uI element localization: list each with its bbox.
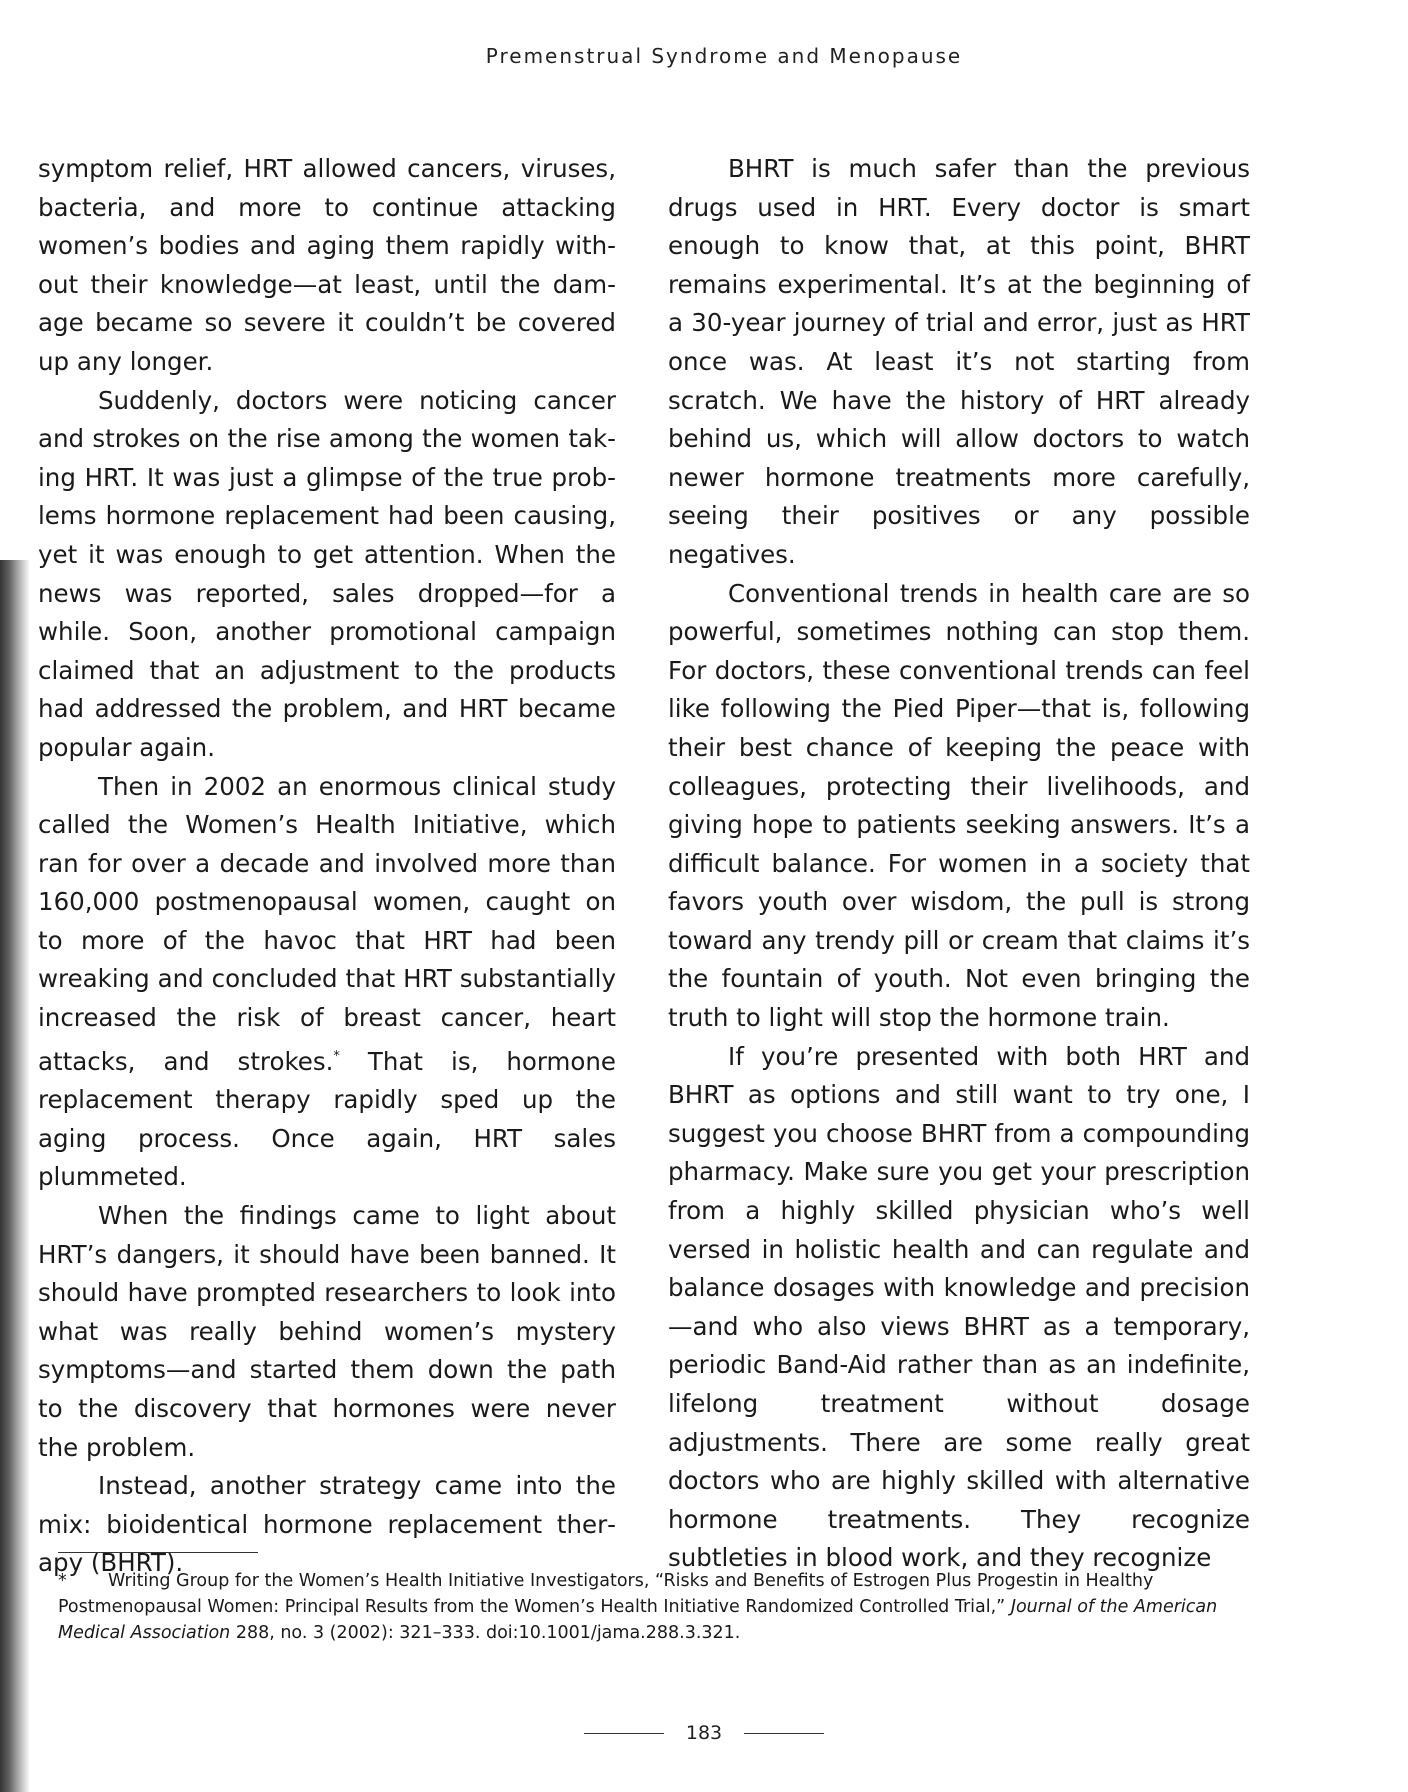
footnote-marker: *: [58, 1568, 108, 1594]
scan-shadow-edge: [0, 560, 30, 1792]
paragraph: symptom relief, HRT allowed cancers, vir…: [38, 150, 616, 382]
paragraph: If you’re presented with both HRT and BH…: [668, 1038, 1250, 1578]
footnote-citation: Writing Group for the Women’s Health Ini…: [58, 1571, 1153, 1617]
running-head: Premenstrual Syndrome and Menopause: [0, 44, 1408, 68]
paragraph: Suddenly, doctors were noticing cancer a…: [38, 382, 616, 768]
paragraph: Instead, another strategy came into the …: [38, 1467, 616, 1583]
folio-rule-left: [584, 1733, 664, 1734]
folio-rule-right: [744, 1733, 824, 1734]
footnote: *Writing Group for the Women’s Health In…: [58, 1568, 1238, 1646]
page-number: 183: [686, 1722, 722, 1744]
paragraph: When the findings came to light about HR…: [38, 1197, 616, 1467]
paragraph: Then in 2002 an enormous clinical study …: [38, 768, 616, 1198]
paragraph: Conventional trends in health care are s…: [668, 575, 1250, 1038]
paragraph-text: Then in 2002 an enormous clinical study …: [38, 772, 616, 1076]
paragraph: BHRT is much safer than the previous dru…: [668, 150, 1250, 575]
footnote-divider: [58, 1552, 258, 1553]
right-column: BHRT is much safer than the previous dru…: [668, 150, 1250, 1578]
page-footer: 183: [0, 1722, 1408, 1744]
left-column: symptom relief, HRT allowed cancers, vir…: [38, 150, 616, 1583]
footnote-citation-tail: 288, no. 3 (2002): 321–333. doi:10.1001/…: [230, 1623, 740, 1643]
